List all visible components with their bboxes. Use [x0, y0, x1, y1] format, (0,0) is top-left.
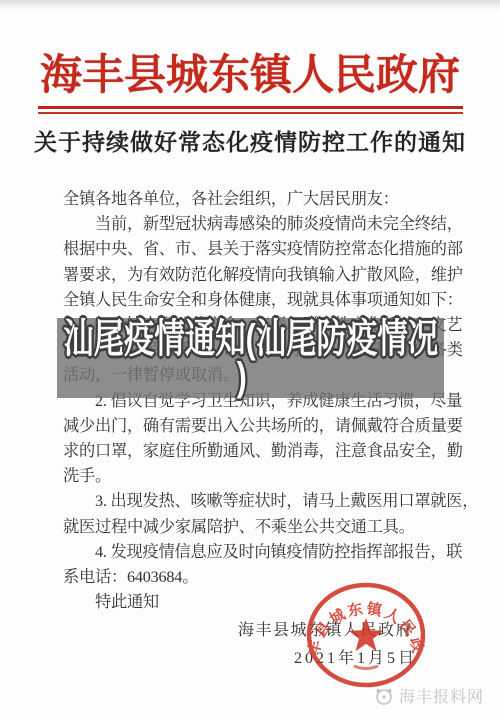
caption-line1: 汕尾疫情通知(汕尾防疫情况	[63, 318, 438, 360]
letterhead-divider	[38, 106, 463, 114]
caption-line2: )	[236, 356, 246, 398]
notice-title: 关于持续做好常态化疫情防控工作的通知	[0, 124, 500, 157]
seal-star-icon	[349, 618, 384, 651]
svg-text:海丰县城东镇人民政府: 海丰县城东镇人民政府	[304, 580, 428, 657]
official-seal: 海丰县城东镇人民政府	[304, 580, 428, 690]
watermark: 海丰报料网	[374, 684, 484, 707]
body-line: 求的口罩，家庭住所勤通风、勤消毒，注意食品安全，勤	[63, 439, 448, 464]
body-line: 全镇人民生命安全和身体健康，现就具体事项通知如下：	[63, 288, 448, 313]
letterhead: 海丰县城东镇人民政府	[0, 42, 500, 114]
notice-body: 全镇各地各单位，各社会组织，广大居民朋友： 当前，新型冠状病毒感染的肺炎疫情尚未…	[63, 187, 448, 615]
watermark-label: 海丰报料网	[399, 684, 484, 707]
body-line: 洗手。	[63, 464, 448, 489]
divider-thin-line	[38, 112, 463, 114]
body-line: 3. 出现发热、咳嗽等症状时，请马上戴医用口罩就医，	[63, 489, 448, 514]
body-line: 4. 发现疫情信息应及时向镇疫情防控指挥部报告，联	[63, 540, 448, 565]
body-line: 全镇各地各单位，各社会组织，广大居民朋友：	[63, 187, 448, 212]
government-title: 海丰县城东镇人民政府	[0, 42, 500, 102]
body-line: 根据中央、省、市、县关于落实疫情防控常态化措施的部	[63, 237, 448, 262]
caption-overlay: 汕尾疫情通知(汕尾防疫情况 )	[57, 318, 444, 398]
haifeng-baoliao-logo-icon	[374, 687, 394, 705]
seal-arc-text: 海丰县城东镇人民政府	[304, 580, 428, 657]
body-line: 就医过程中减少家属陪护、不乘坐公共交通工具。	[63, 515, 448, 540]
body-line: 署要求，为有效防范化解疫情向我镇输入扩散风险，维护	[63, 263, 448, 288]
body-line: 减少出门，确有需要出入公共场所的，请佩戴符合质量要	[63, 414, 448, 439]
divider-thick-line	[38, 106, 463, 109]
body-line: 当前，新型冠状病毒感染的肺炎疫情尚未完全终结，	[63, 212, 448, 237]
notice-photo: 海丰县城东镇人民政府 关于持续做好常态化疫情防控工作的通知 全镇各地各单位，各社…	[0, 0, 500, 719]
